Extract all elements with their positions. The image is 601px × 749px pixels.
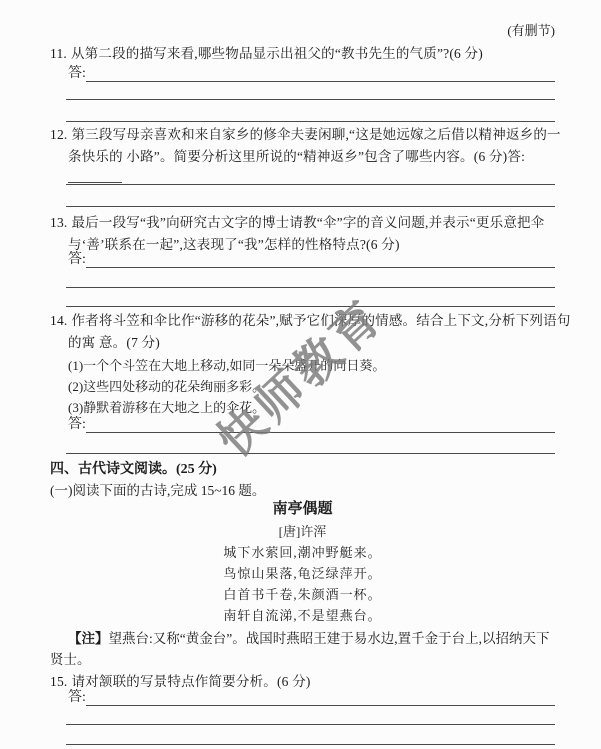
answer-blank-line bbox=[66, 724, 555, 725]
question-12-text: 第三段写母亲喜欢和来自家乡的修伞夫妻闲聊,“这是她远嫁之后借以精神返乡的一条快乐… bbox=[68, 127, 561, 164]
question-11: 11.从第二段的描写来看,哪些物品显示出祖父的“教书先生的气质”?(6 分) bbox=[50, 43, 573, 65]
answer-blank-line bbox=[66, 121, 555, 122]
question-13-number: 13. bbox=[50, 215, 67, 230]
section-4-intro: (一)阅读下面的古诗,完成 15~16 题。 bbox=[50, 482, 555, 500]
question-12: 12.第三段写母亲喜欢和来自家乡的修伞夫妻闲聊,“这是她远嫁之后借以精神返乡的一… bbox=[50, 124, 573, 190]
answer-blank-line bbox=[66, 453, 555, 454]
answer-blank-line bbox=[66, 744, 555, 745]
question-14-item-1: (1)一个个斗笠在大地上移动,如同一朵朵盛开的向日葵。 bbox=[68, 356, 555, 376]
poem-line-2: 鸟惊山果落,龟泛绿萍开。 bbox=[50, 566, 555, 581]
answer-blank-line bbox=[86, 253, 555, 268]
question-14-number: 14. bbox=[50, 313, 67, 328]
question-13: 13.最后一段写“我”向研究古文字的博士请教“伞”字的音义问题,并表示“更乐意把… bbox=[50, 212, 573, 256]
question-14: 14.作者将斗笠和伞比作“游移的花朵”,赋予它们深厚的情感。结合上下文,分析下列… bbox=[50, 310, 573, 354]
deletion-note: (有删节) bbox=[0, 20, 555, 39]
question-14-item-2: (2)这些四处移动的花朵绚丽多彩。 bbox=[68, 377, 555, 397]
answer-label: 答: bbox=[68, 253, 86, 268]
poem-note-label: 【注】 bbox=[68, 631, 109, 646]
poem-author: [唐]许浑 bbox=[50, 524, 555, 539]
answer-blank-line bbox=[86, 689, 555, 706]
answer-label: 答: bbox=[507, 149, 525, 164]
answer-label: 答: bbox=[68, 418, 86, 433]
question-14-item-3: (3)静默着游移在大地之上的伞花。 bbox=[68, 398, 555, 418]
answer-blank-inline bbox=[68, 170, 122, 183]
question-11-text: 从第二段的描写来看,哪些物品显示出祖父的“教书先生的气质”?(6 分) bbox=[71, 46, 483, 61]
question-15-text: 请对颔联的写景特点作简要分析。(6 分) bbox=[71, 674, 310, 689]
poem-line-3: 白首书千卷,朱颜酒一杯。 bbox=[50, 587, 555, 602]
poem-title: 南亭偶题 bbox=[50, 501, 555, 517]
question-15-number: 15. bbox=[50, 674, 67, 689]
poem-line-1: 城下水萦回,潮冲野艇来。 bbox=[50, 545, 555, 560]
answer-label: 答: bbox=[68, 67, 86, 82]
answer-blank-line bbox=[66, 99, 555, 100]
answer-label: 答: bbox=[68, 691, 86, 706]
question-11-answer-row: 答: bbox=[68, 66, 555, 82]
answer-blank-line bbox=[66, 287, 555, 288]
question-14-answer-row: 答: bbox=[68, 418, 555, 433]
section-4-title: 四、古代诗文阅读。(25 分) bbox=[50, 461, 555, 479]
question-14-text: 作者将斗笠和伞比作“游移的花朵”,赋予它们深厚的情感。结合上下文,分析下列语句的… bbox=[68, 313, 571, 350]
question-13-text: 最后一段写“我”向研究古文字的博士请教“伞”字的音义问题,并表示“更乐意把伞与‘… bbox=[68, 215, 544, 252]
question-13-answer-row: 答: bbox=[68, 254, 555, 268]
answer-blank-line bbox=[66, 184, 555, 185]
poem-note: 【注】望燕台:又称“黄金台”。战国时燕昭王建于易水边,置千金于台上,以招纳天下贤… bbox=[50, 628, 555, 670]
answer-blank-line bbox=[66, 206, 555, 207]
answer-blank-line bbox=[86, 417, 555, 433]
answer-blank-line bbox=[66, 306, 555, 307]
question-11-number: 11. bbox=[50, 46, 67, 61]
poem-line-4: 南轩自流涕,不是望燕台。 bbox=[50, 608, 555, 623]
answer-blank-line bbox=[86, 65, 555, 82]
question-15-answer-row: 答: bbox=[68, 690, 555, 706]
exam-page: 快师教育 (有删节) 11.从第二段的描写来看,哪些物品显示出祖父的“教书先生的… bbox=[0, 0, 601, 749]
question-12-number: 12. bbox=[50, 127, 67, 142]
poem-note-text: 望燕台:又称“黄金台”。战国时燕昭王建于易水边,置千金于台上,以招纳天下贤士。 bbox=[50, 631, 549, 667]
